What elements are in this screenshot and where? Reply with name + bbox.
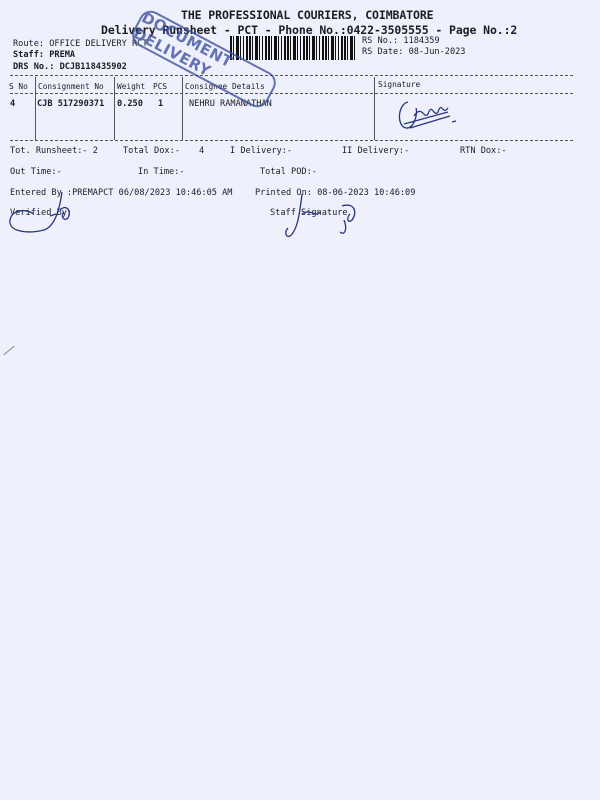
staff-signature xyxy=(282,190,372,242)
column-divider xyxy=(114,77,115,140)
in-time: In Time:- xyxy=(138,167,185,177)
rs-number: RS No.: 1184359 xyxy=(362,36,440,46)
column-divider xyxy=(182,77,183,140)
verifier-signature xyxy=(4,186,84,238)
rtn-dox: RTN Dox:- xyxy=(460,146,507,156)
company-title: THE PROFESSIONAL COURIERS, COIMBATORE xyxy=(181,8,433,22)
cell-consignment-no: CJB 517290371 xyxy=(37,99,104,109)
column-divider xyxy=(35,77,36,140)
i-delivery: I Delivery:- xyxy=(230,146,292,156)
total-dox-label: Total Dox:- xyxy=(123,146,180,156)
staff-label: Staff: PREMA xyxy=(13,50,75,60)
column-header-sno: S No xyxy=(9,82,28,91)
total-pod: Total POD:- xyxy=(260,167,317,177)
divider xyxy=(10,93,573,94)
barcode xyxy=(230,36,355,60)
cell-pcs: 1 xyxy=(158,99,163,109)
tot-runsheet: Tot. Runsheet:- 2 xyxy=(10,146,98,156)
column-header-weight: Weight xyxy=(117,82,145,91)
recipient-signature xyxy=(392,94,462,134)
route-label: Route: OFFICE DELIVERY RCT xyxy=(13,39,148,49)
divider xyxy=(10,75,573,76)
column-header-signature: Signature xyxy=(378,80,420,89)
scan-mark xyxy=(3,346,14,356)
rs-date: RS Date: 08-Jun-2023 xyxy=(362,47,465,57)
column-header-pcs: PCS xyxy=(153,82,167,91)
column-divider xyxy=(374,77,375,140)
divider xyxy=(10,140,573,141)
drs-number: DRS No.: DCJB118435902 xyxy=(13,62,127,72)
out-time: Out Time:- xyxy=(10,167,62,177)
cell-sno: 4 xyxy=(10,99,15,109)
cell-weight: 0.250 xyxy=(117,99,143,109)
column-header-consignment: Consignment No xyxy=(38,82,104,91)
ii-delivery: II Delivery:- xyxy=(342,146,409,156)
total-dox-value: 4 xyxy=(199,146,204,156)
